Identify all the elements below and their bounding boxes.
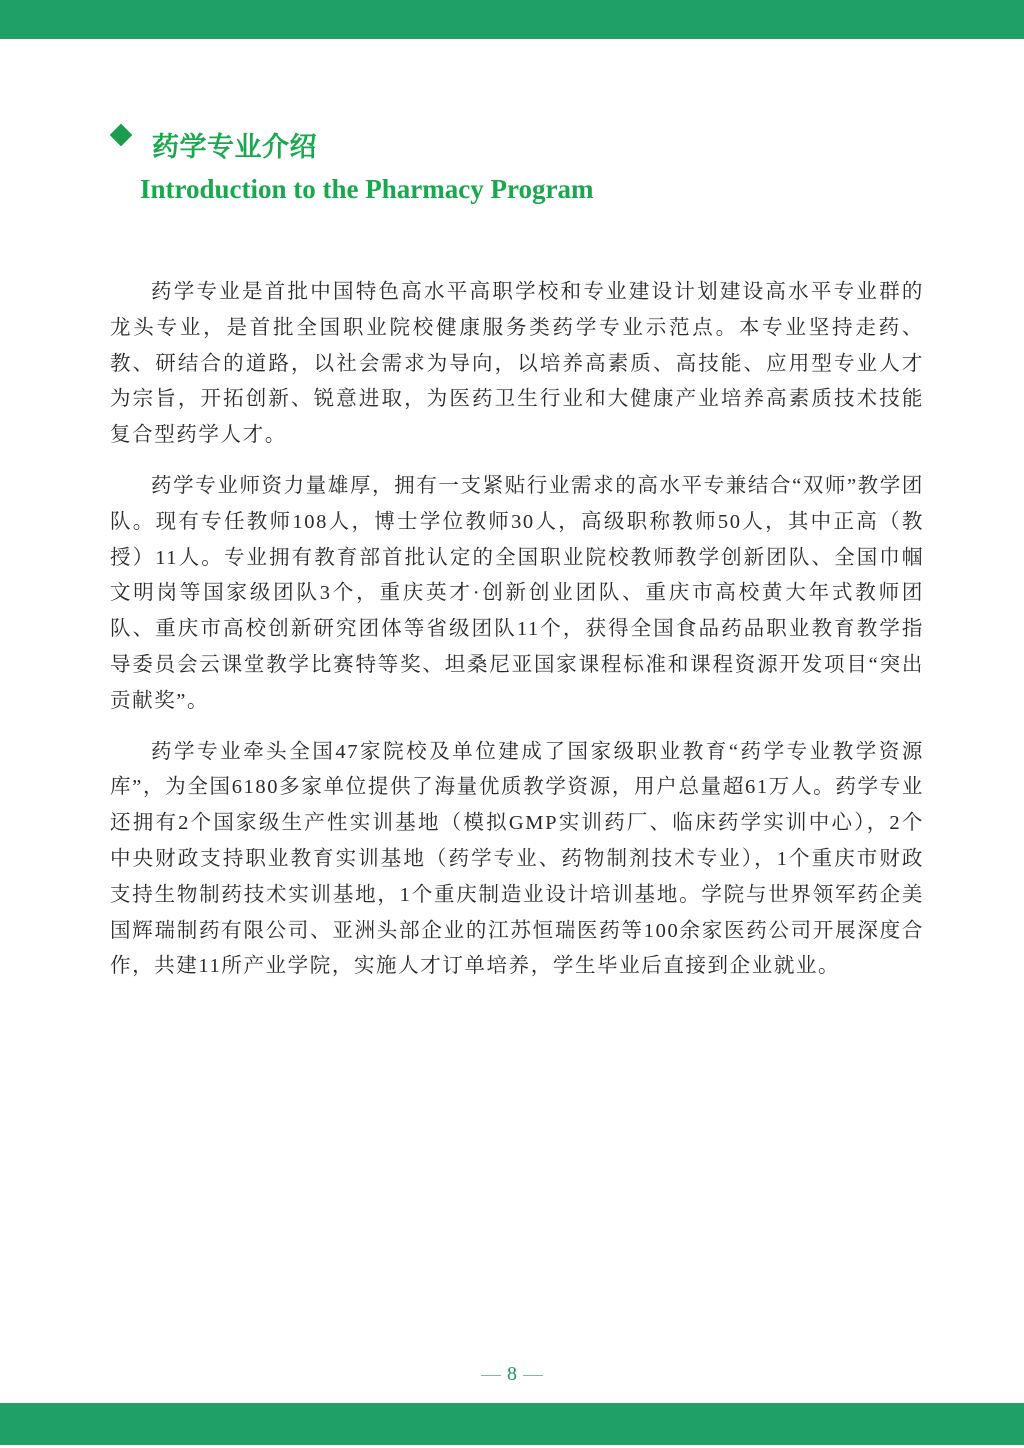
body-text: 药学专业是首批中国特色高水平高职学校和专业建设计划建设高水平专业群的龙头专业，是… bbox=[110, 275, 924, 1000]
section-title-chinese: 药学专业介绍 bbox=[152, 130, 317, 166]
section-title-english: Introduction to the Pharmacy Program bbox=[140, 171, 593, 207]
paragraph-overview: 药学专业是首批中国特色高水平高职学校和专业建设计划建设高水平专业群的龙头专业，是… bbox=[110, 275, 924, 454]
paragraph-resources: 药学专业牵头全国47家院校及单位建成了国家级职业教育“药学专业教学资源库”，为全… bbox=[110, 735, 924, 986]
dash-left-decoration bbox=[481, 1375, 501, 1377]
top-accent-bar bbox=[0, 0, 1024, 39]
dash-right-decoration bbox=[523, 1375, 543, 1377]
paragraph-faculty: 药学专业师资力量雄厚，拥有一支紧贴行业需求的高水平专兼结合“双师”教学团队。现有… bbox=[110, 469, 924, 720]
diamond-bullet-icon bbox=[110, 124, 133, 147]
bottom-accent-bar bbox=[0, 1403, 1024, 1445]
page-number: 8 bbox=[0, 1360, 1024, 1388]
page-number-value: 8 bbox=[507, 1363, 517, 1385]
